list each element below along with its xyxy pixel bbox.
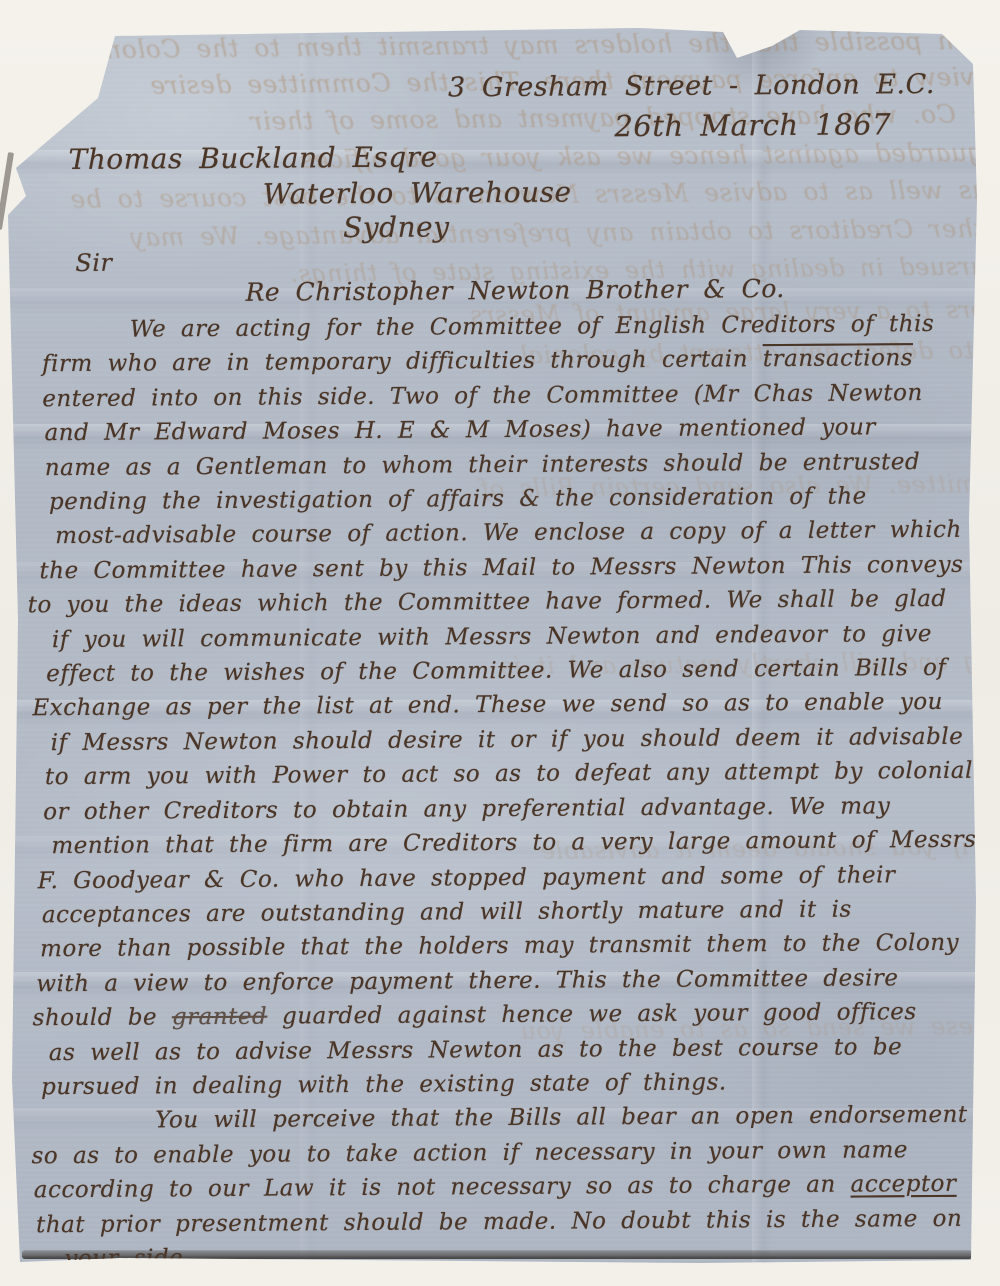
letter-line-text: firm who are in temporary difficulties t… [42,347,763,378]
letter-line-text: to arm you with Power to act so as to de… [45,758,973,790]
letter-line: as well as to advise Messrs Newton as to… [49,1029,982,1070]
letter-line-text: so as to enable you to take action if ne… [31,1137,908,1169]
recipient-name: Thomas Buckland Esqre [68,140,437,176]
letter-line-text: entered into on this side. Two of the Co… [42,380,923,412]
recipient-address-line1: Waterloo Warehouse [263,175,572,210]
letter-line: We are acting for the Committee of Engli… [130,307,977,347]
salutation: Sir [75,249,112,277]
letter-line: that prior presentment should be made. N… [36,1201,983,1242]
letter-line-text: You will perceive that the Bills all bea… [155,1102,967,1134]
letter-date: 26th March 1867 [614,107,891,143]
letter-line-text: granted [172,1004,268,1031]
letter-line-text: and Mr Edward Moses H. E & M Moses) have… [44,415,876,447]
letter-line-text: Exchange as per the list at end. These w… [32,689,943,721]
subject-line: Re Christopher Newton Brother & Co. [245,274,784,307]
letter-paper: more than possible that the holders may … [0,0,1000,1286]
letter-line-text: or other Creditors to obtain any prefere… [43,793,890,825]
letter-line-text: should be [33,1004,172,1031]
letter-line-text: acceptances are outstanding and will sho… [42,896,852,928]
letter-line-text: pending the investigation of affairs & t… [49,483,867,515]
letter-line-text: guarded against hence we ask your good o… [267,999,917,1030]
letter-line-text: to you the ideas which the Committee hav… [28,586,947,618]
letter-line-text: acceptor [850,1171,956,1198]
letter-line-text: name as a Gentleman to whom their intere… [45,449,921,481]
letter-line-text: if Messrs Newton should desire it or if … [51,724,964,756]
letter-line: You will perceive that the Bills all bea… [155,1098,982,1138]
letter-line-text: most-advisable course of action. We encl… [55,517,962,549]
letter-line: your side. [64,1236,983,1277]
letter-line-text: transactions [763,346,913,373]
letter-line-text: effect to the wishes of the Committee. W… [46,655,946,687]
letter-line-text: your side. [64,1245,191,1272]
letter-line-text: the Committee have sent by this Mail to … [39,552,963,584]
letter-body: We are acting for the Committee of Engli… [42,307,984,1277]
sender-address: 3 Gresham Street - London E.C. [448,69,935,103]
letter-line-text: more than possible that the holders may … [40,930,959,962]
letter-line-text: pursued in dealing with the existing sta… [41,1069,727,1100]
letter-line-text: with a view to enforce payment there. Th… [36,965,898,997]
letter-line-text: We are acting for the Committee of Engli… [130,311,935,343]
letter-line-text: if you will communicate with Messrs Newt… [52,621,932,653]
letter-line-text: F. Goodyear & Co. who have stopped payme… [38,862,896,894]
handwriting-layer: pff 3 Gresham Street - London E.C. 26th … [0,0,1000,1286]
letter-line: mention that the firm are Creditors to a… [51,823,980,864]
letter-line-text: mention that the firm are Creditors to a… [51,827,976,859]
copy-mark: pff [23,20,87,72]
letter-line-text: as well as to advise Messrs Newton as to… [49,1034,902,1066]
scanner-background: more than possible that the holders may … [0,0,1000,1286]
letter-line-text: that prior presentment should be made. N… [36,1205,962,1237]
letter-line-text: according to our Law it is not necessary… [34,1172,851,1204]
recipient-address-line2: Sydney [343,210,450,244]
